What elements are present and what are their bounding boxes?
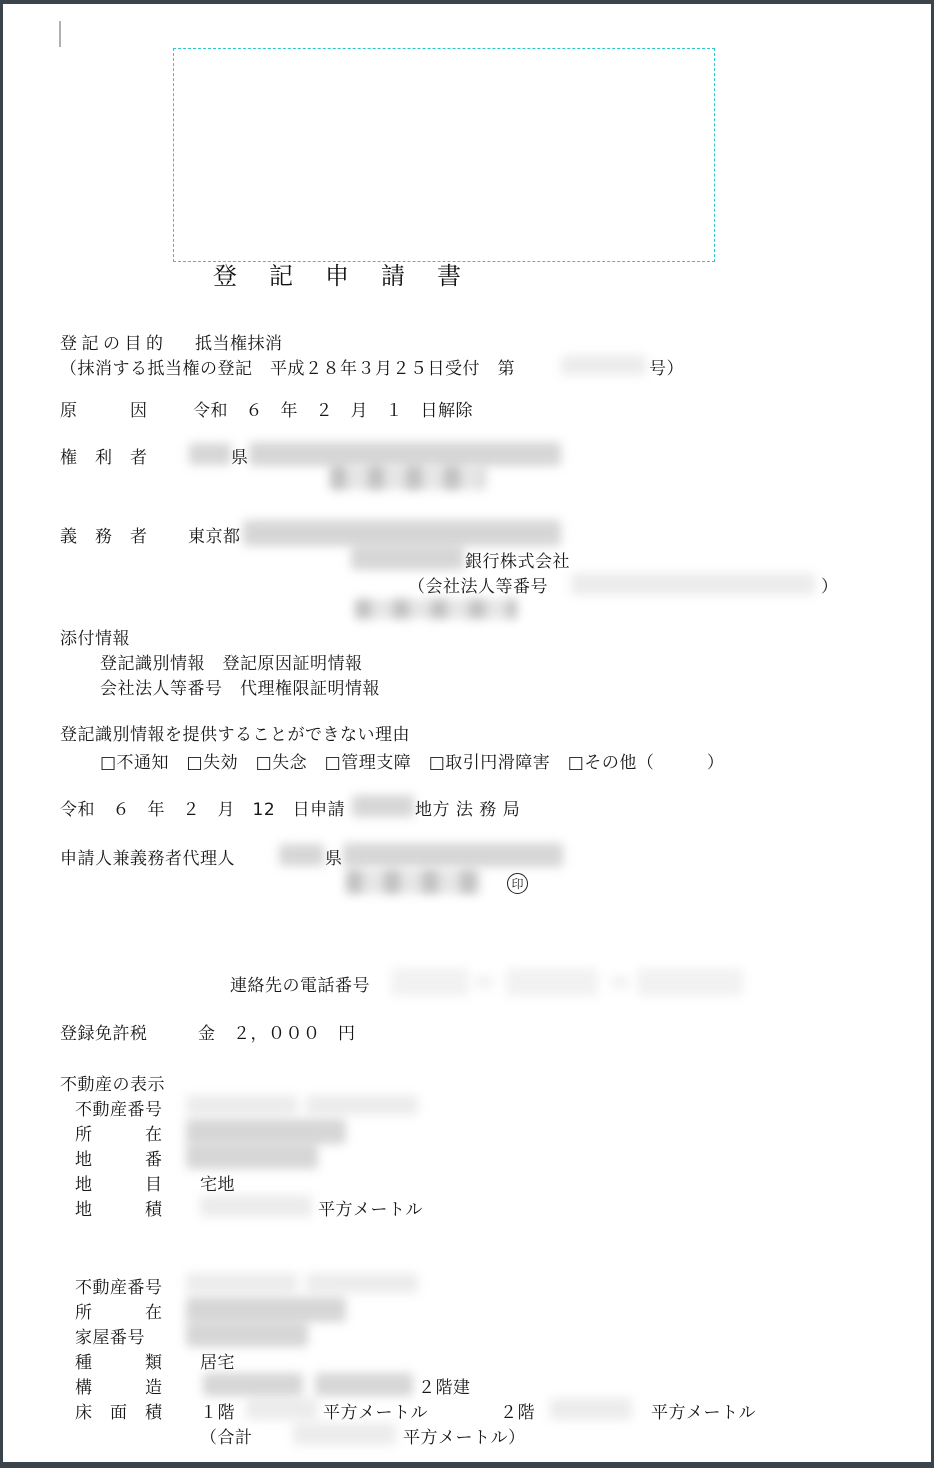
building-number-label: 不動産番号 (75, 1277, 163, 1299)
floor-total-open: （合計 (200, 1427, 253, 1449)
seal-icon: 印 (507, 873, 528, 894)
redacted-land-location (186, 1119, 346, 1144)
obligor-address-prefix: 東京都 (188, 526, 241, 548)
land-location-label: 所 在 (75, 1124, 163, 1146)
cause-label: 原 因 (60, 400, 148, 422)
land-category-value: 宅地 (200, 1174, 235, 1196)
corp-number-label: （会社法人等番号 (408, 576, 548, 598)
attachments-line2: 会社法人等番号 代理権限証明情報 (100, 678, 380, 700)
text-cursor (59, 21, 61, 47)
redacted-agent-name (346, 870, 481, 894)
redacted-rights-holder-address (249, 442, 561, 466)
redacted-agent-address (343, 843, 563, 867)
agent-prefecture-suffix: 県 (325, 848, 343, 870)
attachments-line1: 登記識別情報 登記原因証明情報 (100, 653, 363, 675)
floor1-unit: 平方メートル (323, 1402, 428, 1424)
property-heading: 不動産の表示 (60, 1074, 165, 1096)
building-structure-suffix: ２階建 (418, 1377, 471, 1399)
application-date: 令和 ６ 年 ２ 月 12 日申請 (60, 799, 345, 821)
redacted-phone-dash1 (475, 976, 493, 988)
redacted-building-structure-b (315, 1373, 413, 1396)
applicant-agent-label: 申請人兼義務者代理人 (60, 848, 235, 870)
land-area-label: 地 積 (75, 1199, 163, 1221)
rights-holder-prefecture-suffix: 県 (231, 447, 249, 469)
cancel-note-post: 号） (649, 358, 684, 380)
registration-application-document: 登 記 申 請 書 登記の目的 抵当権抹消 （抹消する抵当権の登記 平成２８年３… (0, 0, 934, 1468)
tax-label: 登録免許税 (60, 1023, 148, 1045)
redacted-land-area (200, 1195, 312, 1217)
redacted-bureau-name (352, 795, 414, 817)
redacted-rights-holder-prefecture (189, 443, 231, 465)
redacted-building-structure-a (203, 1373, 303, 1396)
redacted-building-number-b (306, 1273, 418, 1293)
purpose-label: 登記の目的 (60, 333, 168, 355)
redacted-land-number-b (306, 1095, 418, 1115)
redacted-floor-total-area (293, 1423, 396, 1445)
redacted-floor1-area (246, 1398, 318, 1420)
corp-number-close: ） (821, 576, 839, 598)
redacted-receipt-number (561, 355, 646, 375)
land-lot-label: 地 番 (75, 1149, 163, 1171)
application-office-suffix: 地方 法 務 局 (415, 799, 520, 821)
floor2-unit: 平方メートル (651, 1402, 756, 1424)
cause-value: 令和 ６ 年 ２ 月 １ 日解除 (193, 400, 473, 422)
attachments-heading: 添付情報 (60, 628, 130, 650)
land-number-label: 不動産番号 (75, 1099, 163, 1121)
building-structure-label: 構 造 (75, 1377, 163, 1399)
redacted-agent-prefecture (279, 844, 324, 866)
reason-options-row: □不通知 □失効 □失念 □管理支障 □取引円滑障害 □その他（ ） (100, 752, 724, 774)
rights-holder-label: 権 利 者 (60, 447, 148, 469)
building-type-label: 種 類 (75, 1352, 163, 1374)
reason-heading: 登記識別情報を提供することができない理由 (60, 724, 410, 746)
redacted-bank-name (351, 546, 464, 570)
redacted-building-house-number (186, 1322, 308, 1347)
redacted-phone-part2 (506, 968, 598, 996)
building-floor-area-label: 床 面 積 (75, 1402, 163, 1424)
redacted-floor2-area (550, 1398, 632, 1420)
obligor-label: 義 務 者 (60, 526, 148, 548)
floor1-label: １階 (200, 1402, 235, 1424)
floor-total-close: 平方メートル） (403, 1427, 526, 1449)
document-title: 登 記 申 請 書 (213, 262, 465, 290)
obligor-bank-suffix: 銀行株式会社 (465, 551, 570, 573)
building-type-value: 居宅 (200, 1352, 235, 1374)
redacted-land-lot-number (186, 1144, 318, 1169)
empty-text-frame[interactable] (173, 48, 715, 262)
cancel-note-pre: （抹消する抵当権の登記 平成２８年３月２５日受付 第 (60, 358, 515, 380)
land-category-label: 地 目 (75, 1174, 163, 1196)
building-house-number-label: 家屋番号 (75, 1327, 145, 1349)
purpose-value: 抵当権抹消 (195, 333, 283, 355)
tax-value: 金 ２，０００ 円 (198, 1023, 356, 1045)
redacted-rights-holder-name (330, 466, 485, 490)
redacted-phone-part3 (637, 968, 743, 996)
land-area-unit: 平方メートル (318, 1199, 423, 1221)
redacted-phone-part1 (391, 968, 469, 996)
redacted-corp-number (571, 573, 815, 595)
redacted-building-location (186, 1297, 346, 1322)
floor2-label: ２階 (500, 1402, 535, 1424)
building-location-label: 所 在 (75, 1302, 163, 1324)
redacted-obligor-address (243, 520, 561, 546)
redacted-representative-name (355, 599, 517, 619)
redacted-phone-dash2 (611, 976, 629, 988)
redacted-building-number-a (186, 1273, 298, 1293)
redacted-land-number-a (186, 1095, 298, 1115)
contact-phone-label: 連絡先の電話番号 (230, 975, 370, 997)
